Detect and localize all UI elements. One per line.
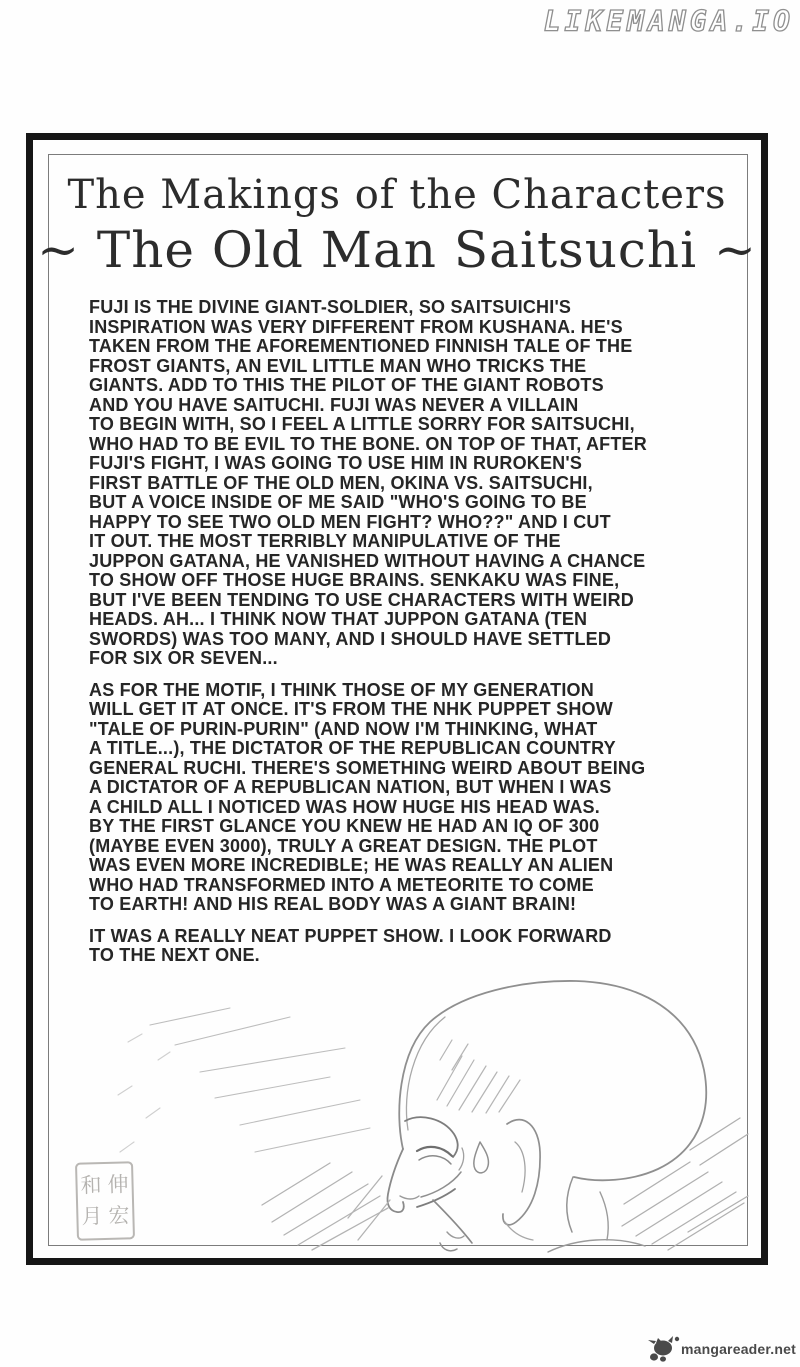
mangareader-logo: mangareader.net	[646, 1334, 796, 1362]
seal-character: 月	[81, 1201, 103, 1233]
site-watermark: LIKEMANGA.IO	[544, 5, 794, 38]
paragraph: FUJI IS THE DIVINE GIANT-SOLDIER, SO SAI…	[89, 298, 749, 669]
page-subtitle: ~ The Old Man Saitsuchi ~	[33, 220, 761, 280]
mangareader-logo-text: mangareader.net	[681, 1336, 796, 1362]
paragraph: AS FOR THE MOTIF, I THINK THOSE OF MY GE…	[89, 681, 749, 915]
page-frame: The Makings of the Characters ~ The Old …	[26, 133, 768, 1265]
manga-page: LIKEMANGA.IO The Makings of the Characte…	[0, 0, 800, 1367]
mangareader-mascot-icon	[646, 1334, 680, 1362]
artist-seal: 和 月 伸 宏	[75, 1161, 135, 1240]
seal-character: 和	[80, 1170, 102, 1202]
seal-character: 伸	[107, 1169, 129, 1201]
author-notes-text: FUJI IS THE DIVINE GIANT-SOLDIER, SO SAI…	[89, 298, 749, 966]
paragraph: IT WAS A REALLY NEAT PUPPET SHOW. I LOOK…	[89, 927, 749, 966]
page-title: The Makings of the Characters	[33, 172, 761, 218]
seal-left-column: 和 月	[80, 1170, 103, 1233]
seal-right-column: 伸 宏	[107, 1169, 130, 1232]
seal-character: 宏	[108, 1200, 130, 1232]
